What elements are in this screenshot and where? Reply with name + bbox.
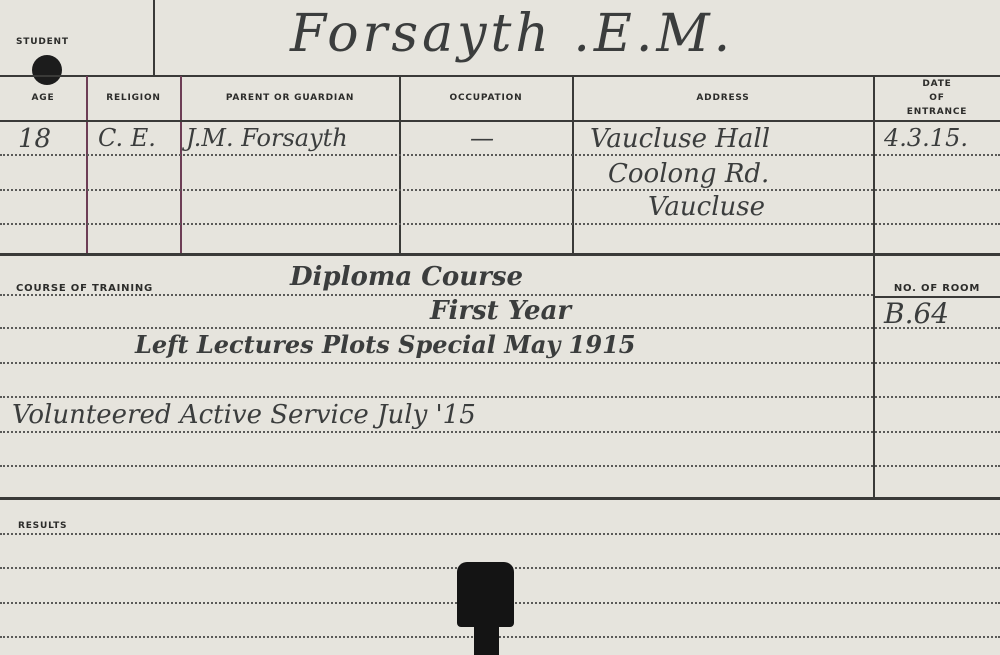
divider [0,497,1000,500]
ruled-line [0,362,1000,364]
room-label: NO. OF ROOM [874,283,1000,294]
student-record-card: STUDENT Forsayth .E.M. AGE RELIGION PARE… [0,0,1000,655]
course-label: COURSE OF TRAINING [16,283,153,294]
course-line3: Left Lectures Plots Special May 1915 [135,330,635,359]
divider [0,75,1000,77]
age-header: AGE [0,93,86,103]
ruled-line [0,533,1000,535]
room-value: B.64 [884,297,949,330]
divider [153,0,155,76]
occupation-header: OCCUPATION [400,93,572,103]
date-header-line3: ENTRANCE [874,107,1000,117]
course-line2: First Year [430,296,571,326]
age-value: 18 [18,124,51,154]
course-line1: Diploma Course [290,262,523,292]
student-label: STUDENT [16,37,69,47]
ruled-line [0,636,1000,638]
date-of-entrance-value: 4.3.15. [884,124,968,152]
ruled-line [0,396,1000,398]
ruled-line [0,154,1000,156]
address-line2: Coolong Rd. [608,159,769,189]
divider [0,120,1000,122]
address-line1: Vaucluse Hall [590,124,770,154]
occupation-value: — [470,124,494,152]
ruled-line [0,327,1000,329]
parent-header: PARENT OR GUARDIAN [181,93,399,103]
religion-value: C. E. [98,124,156,152]
address-line3: Vaucluse [648,192,765,222]
address-header: ADDRESS [573,93,873,103]
student-name: Forsayth .E.M. [290,4,734,64]
religion-header: RELIGION [87,93,180,103]
ruled-line [0,465,1000,467]
date-header-line2: OF [874,93,1000,103]
punch-hole [32,55,62,85]
course-line4: Volunteered Active Service July '15 [12,400,476,430]
filing-slot-stem [474,620,499,655]
ruled-line [0,223,1000,225]
parent-value: J.M. Forsayth [186,124,348,152]
date-header-line1: DATE [874,79,1000,89]
results-label: RESULTS [18,521,67,531]
ruled-line [0,431,1000,433]
divider [0,253,1000,256]
filing-slot [457,562,514,627]
ruled-line [0,189,1000,191]
